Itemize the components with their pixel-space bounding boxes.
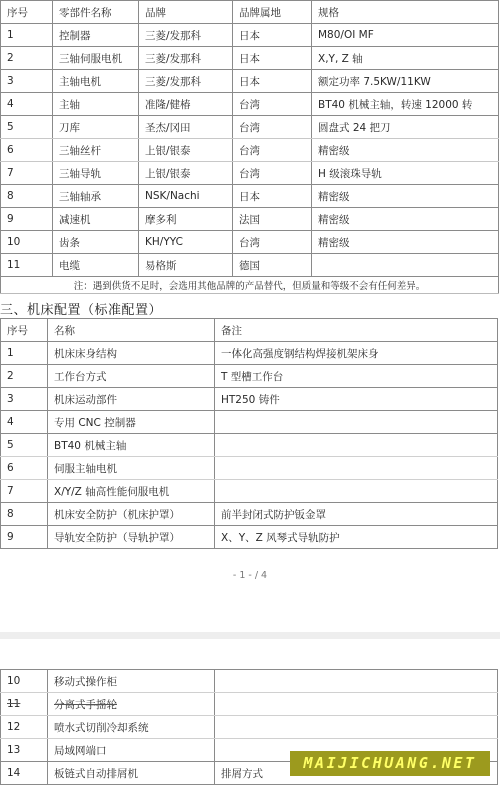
- header-spec: 规格: [312, 1, 499, 24]
- cell-origin: 台湾: [233, 116, 312, 139]
- table-row: 4 主轴 准隆/健椿 台湾 BT40 机械主轴，转速 12000 转: [1, 93, 499, 116]
- cell-name: 伺服主轴电机: [48, 457, 215, 480]
- cell-remark: [215, 411, 498, 434]
- cell-index: 5: [1, 434, 48, 457]
- cell-brand: 三菱/发那科: [139, 47, 233, 70]
- cell-brand: 易格斯: [139, 254, 233, 277]
- cell-brand: 三菱/发那科: [139, 70, 233, 93]
- table-header-row: 序号 名称 备注: [1, 319, 498, 342]
- cell-origin: 台湾: [233, 93, 312, 116]
- cell-part-name: 齿条: [53, 231, 139, 254]
- cell-part-name: 三轴伺服电机: [53, 47, 139, 70]
- watermark-logo: MAIJICHUANG.NET: [290, 751, 490, 776]
- cell-remark: [215, 480, 498, 503]
- cell-index: 14: [1, 762, 48, 785]
- cell-name: 喷水式切削冷却系统: [48, 716, 215, 739]
- cell-part-name: 三轴轴承: [53, 185, 139, 208]
- document-page-1: 序号 零部件名称 品牌 品牌属地 规格 1 控制器 三菱/发那科 日本 M80/…: [0, 0, 500, 632]
- cell-index: 4: [1, 93, 53, 116]
- cell-spec: 精密级: [312, 185, 499, 208]
- cell-origin: 法国: [233, 208, 312, 231]
- cell-index: 6: [1, 457, 48, 480]
- cell-name: BT40 机械主轴: [48, 434, 215, 457]
- cell-index: 6: [1, 139, 53, 162]
- cell-remark: [215, 693, 498, 716]
- table-row: 6 三轴丝杆 上银/银泰 台湾 精密级: [1, 139, 499, 162]
- table-row: 1 控制器 三菱/发那科 日本 M80/OI MF: [1, 24, 499, 47]
- cell-part-name: 电缆: [53, 254, 139, 277]
- page-separator: [0, 632, 500, 639]
- cell-part-name: 控制器: [53, 24, 139, 47]
- cell-spec: 精密级: [312, 139, 499, 162]
- cell-index: 2: [1, 365, 48, 388]
- cell-remark: [215, 434, 498, 457]
- cell-index: 4: [1, 411, 48, 434]
- cell-spec: 圆盘式 24 把刀: [312, 116, 499, 139]
- cell-index: 13: [1, 739, 48, 762]
- table-row: 4 专用 CNC 控制器: [1, 411, 498, 434]
- cell-index: 10: [1, 670, 48, 693]
- cell-remark: 一体化高强度钢结构焊接机架床身: [215, 342, 498, 365]
- cell-index: 8: [1, 185, 53, 208]
- table-row: 2 工作台方式 T 型槽工作台: [1, 365, 498, 388]
- cell-origin: 台湾: [233, 231, 312, 254]
- cell-index: 7: [1, 162, 53, 185]
- machine-config-table: 序号 名称 备注 1 机床床身结构 一体化高强度钢结构焊接机架床身 2 工作台方…: [0, 318, 498, 549]
- cell-index: 5: [1, 116, 53, 139]
- table-row: 6 伺服主轴电机: [1, 457, 498, 480]
- cell-name: 移动式操作柜: [48, 670, 215, 693]
- table-row: 3 机床运动部件 HT250 铸件: [1, 388, 498, 411]
- cell-spec: 精密级: [312, 231, 499, 254]
- table-row: 8 三轴轴承 NSK/Nachi 日本 精密级: [1, 185, 499, 208]
- table-row: 10 齿条 KH/YYC 台湾 精密级: [1, 231, 499, 254]
- cell-name: 机床安全防护（机床护罩）: [48, 503, 215, 526]
- cell-brand: 上银/银泰: [139, 162, 233, 185]
- cell-brand: 圣杰/冈田: [139, 116, 233, 139]
- cell-brand: 摩多利: [139, 208, 233, 231]
- cell-name: 机床床身结构: [48, 342, 215, 365]
- table-row: 5 刀库 圣杰/冈田 台湾 圆盘式 24 把刀: [1, 116, 499, 139]
- cell-name: 导轨安全防护（导轨护罩）: [48, 526, 215, 549]
- table-row: 7 X/Y/Z 轴高性能伺服电机: [1, 480, 498, 503]
- cell-spec: [312, 254, 499, 277]
- cell-index: 1: [1, 342, 48, 365]
- cell-origin: 台湾: [233, 162, 312, 185]
- cell-remark: T 型槽工作台: [215, 365, 498, 388]
- cell-origin: 日本: [233, 24, 312, 47]
- cell-origin: 日本: [233, 185, 312, 208]
- section-title: 三、机床配置（标准配置）: [0, 299, 162, 318]
- cell-remark: [215, 716, 498, 739]
- cell-remark: [215, 457, 498, 480]
- table-row: 11 分离式手摇轮: [1, 693, 498, 716]
- header-brand: 品牌: [139, 1, 233, 24]
- table-row: 8 机床安全防护（机床护罩） 前半封闭式防护钣金罩: [1, 503, 498, 526]
- table-row: 5 BT40 机械主轴: [1, 434, 498, 457]
- cell-origin: 台湾: [233, 139, 312, 162]
- cell-index: 12: [1, 716, 48, 739]
- cell-brand: 三菱/发那科: [139, 24, 233, 47]
- cell-part-name: 三轴丝杆: [53, 139, 139, 162]
- table-row: 2 三轴伺服电机 三菱/发那科 日本 X,Y, Z 轴: [1, 47, 499, 70]
- cell-brand: 上银/银泰: [139, 139, 233, 162]
- table-row: 7 三轴导轨 上银/银泰 台湾 H 级滚珠导轨: [1, 162, 499, 185]
- cell-index: 1: [1, 24, 53, 47]
- header-remark: 备注: [215, 319, 498, 342]
- cell-part-name: 减速机: [53, 208, 139, 231]
- table-row: 9 减速机 摩多利 法国 精密级: [1, 208, 499, 231]
- cell-index: 8: [1, 503, 48, 526]
- header-brand-origin: 品牌属地: [233, 1, 312, 24]
- table-row: 12 喷水式切削冷却系统: [1, 716, 498, 739]
- cell-index: 7: [1, 480, 48, 503]
- cell-spec: H 级滚珠导轨: [312, 162, 499, 185]
- cell-part-name: 三轴导轨: [53, 162, 139, 185]
- page-number: - 1 - / 4: [0, 570, 500, 581]
- cell-brand: KH/YYC: [139, 231, 233, 254]
- cell-spec: 精密级: [312, 208, 499, 231]
- table-row: 1 机床床身结构 一体化高强度钢结构焊接机架床身: [1, 342, 498, 365]
- cell-brand: NSK/Nachi: [139, 185, 233, 208]
- cell-name: 分离式手摇轮: [48, 693, 215, 716]
- cell-name: X/Y/Z 轴高性能伺服电机: [48, 480, 215, 503]
- header-part-name: 零部件名称: [53, 1, 139, 24]
- header-name: 名称: [48, 319, 215, 342]
- supply-note: 注：遇到供货不足时，会选用其他品牌的产品替代，但质量和等级不会有任何差异。: [1, 277, 499, 294]
- table-header-row: 序号 零部件名称 品牌 品牌属地 规格: [1, 1, 499, 24]
- cell-brand: 准隆/健椿: [139, 93, 233, 116]
- cell-index: 11: [1, 254, 53, 277]
- cell-index: 11: [1, 693, 48, 716]
- cell-name: 机床运动部件: [48, 388, 215, 411]
- cell-remark: HT250 铸件: [215, 388, 498, 411]
- table-row: 10 移动式操作柜: [1, 670, 498, 693]
- cell-spec: BT40 机械主轴，转速 12000 转: [312, 93, 499, 116]
- cell-index: 3: [1, 70, 53, 93]
- table-note-row: 注：遇到供货不足时，会选用其他品牌的产品替代，但质量和等级不会有任何差异。: [1, 277, 499, 294]
- cell-index: 10: [1, 231, 53, 254]
- cell-part-name: 刀库: [53, 116, 139, 139]
- cell-index: 9: [1, 526, 48, 549]
- cell-origin: 德国: [233, 254, 312, 277]
- header-index: 序号: [1, 1, 53, 24]
- header-index: 序号: [1, 319, 48, 342]
- table-row: 9 导轨安全防护（导轨护罩） X、Y、Z 风琴式导轨防护: [1, 526, 498, 549]
- cell-name: 局域网端口: [48, 739, 215, 762]
- cell-remark: [215, 670, 498, 693]
- cell-name: 工作台方式: [48, 365, 215, 388]
- cell-index: 3: [1, 388, 48, 411]
- parts-brand-table: 序号 零部件名称 品牌 品牌属地 规格 1 控制器 三菱/发那科 日本 M80/…: [0, 0, 499, 294]
- cell-remark: 前半封闭式防护钣金罩: [215, 503, 498, 526]
- cell-spec: M80/OI MF: [312, 24, 499, 47]
- table-row: 11 电缆 易格斯 德国: [1, 254, 499, 277]
- cell-name: 专用 CNC 控制器: [48, 411, 215, 434]
- cell-index: 2: [1, 47, 53, 70]
- cell-name: 板链式自动排屑机: [48, 762, 215, 785]
- cell-part-name: 主轴: [53, 93, 139, 116]
- cell-remark: X、Y、Z 风琴式导轨防护: [215, 526, 498, 549]
- cell-origin: 日本: [233, 70, 312, 93]
- table-row: 3 主轴电机 三菱/发那科 日本 额定功率 7.5KW/11KW: [1, 70, 499, 93]
- cell-index: 9: [1, 208, 53, 231]
- cell-spec: X,Y, Z 轴: [312, 47, 499, 70]
- cell-origin: 日本: [233, 47, 312, 70]
- cell-part-name: 主轴电机: [53, 70, 139, 93]
- cell-spec: 额定功率 7.5KW/11KW: [312, 70, 499, 93]
